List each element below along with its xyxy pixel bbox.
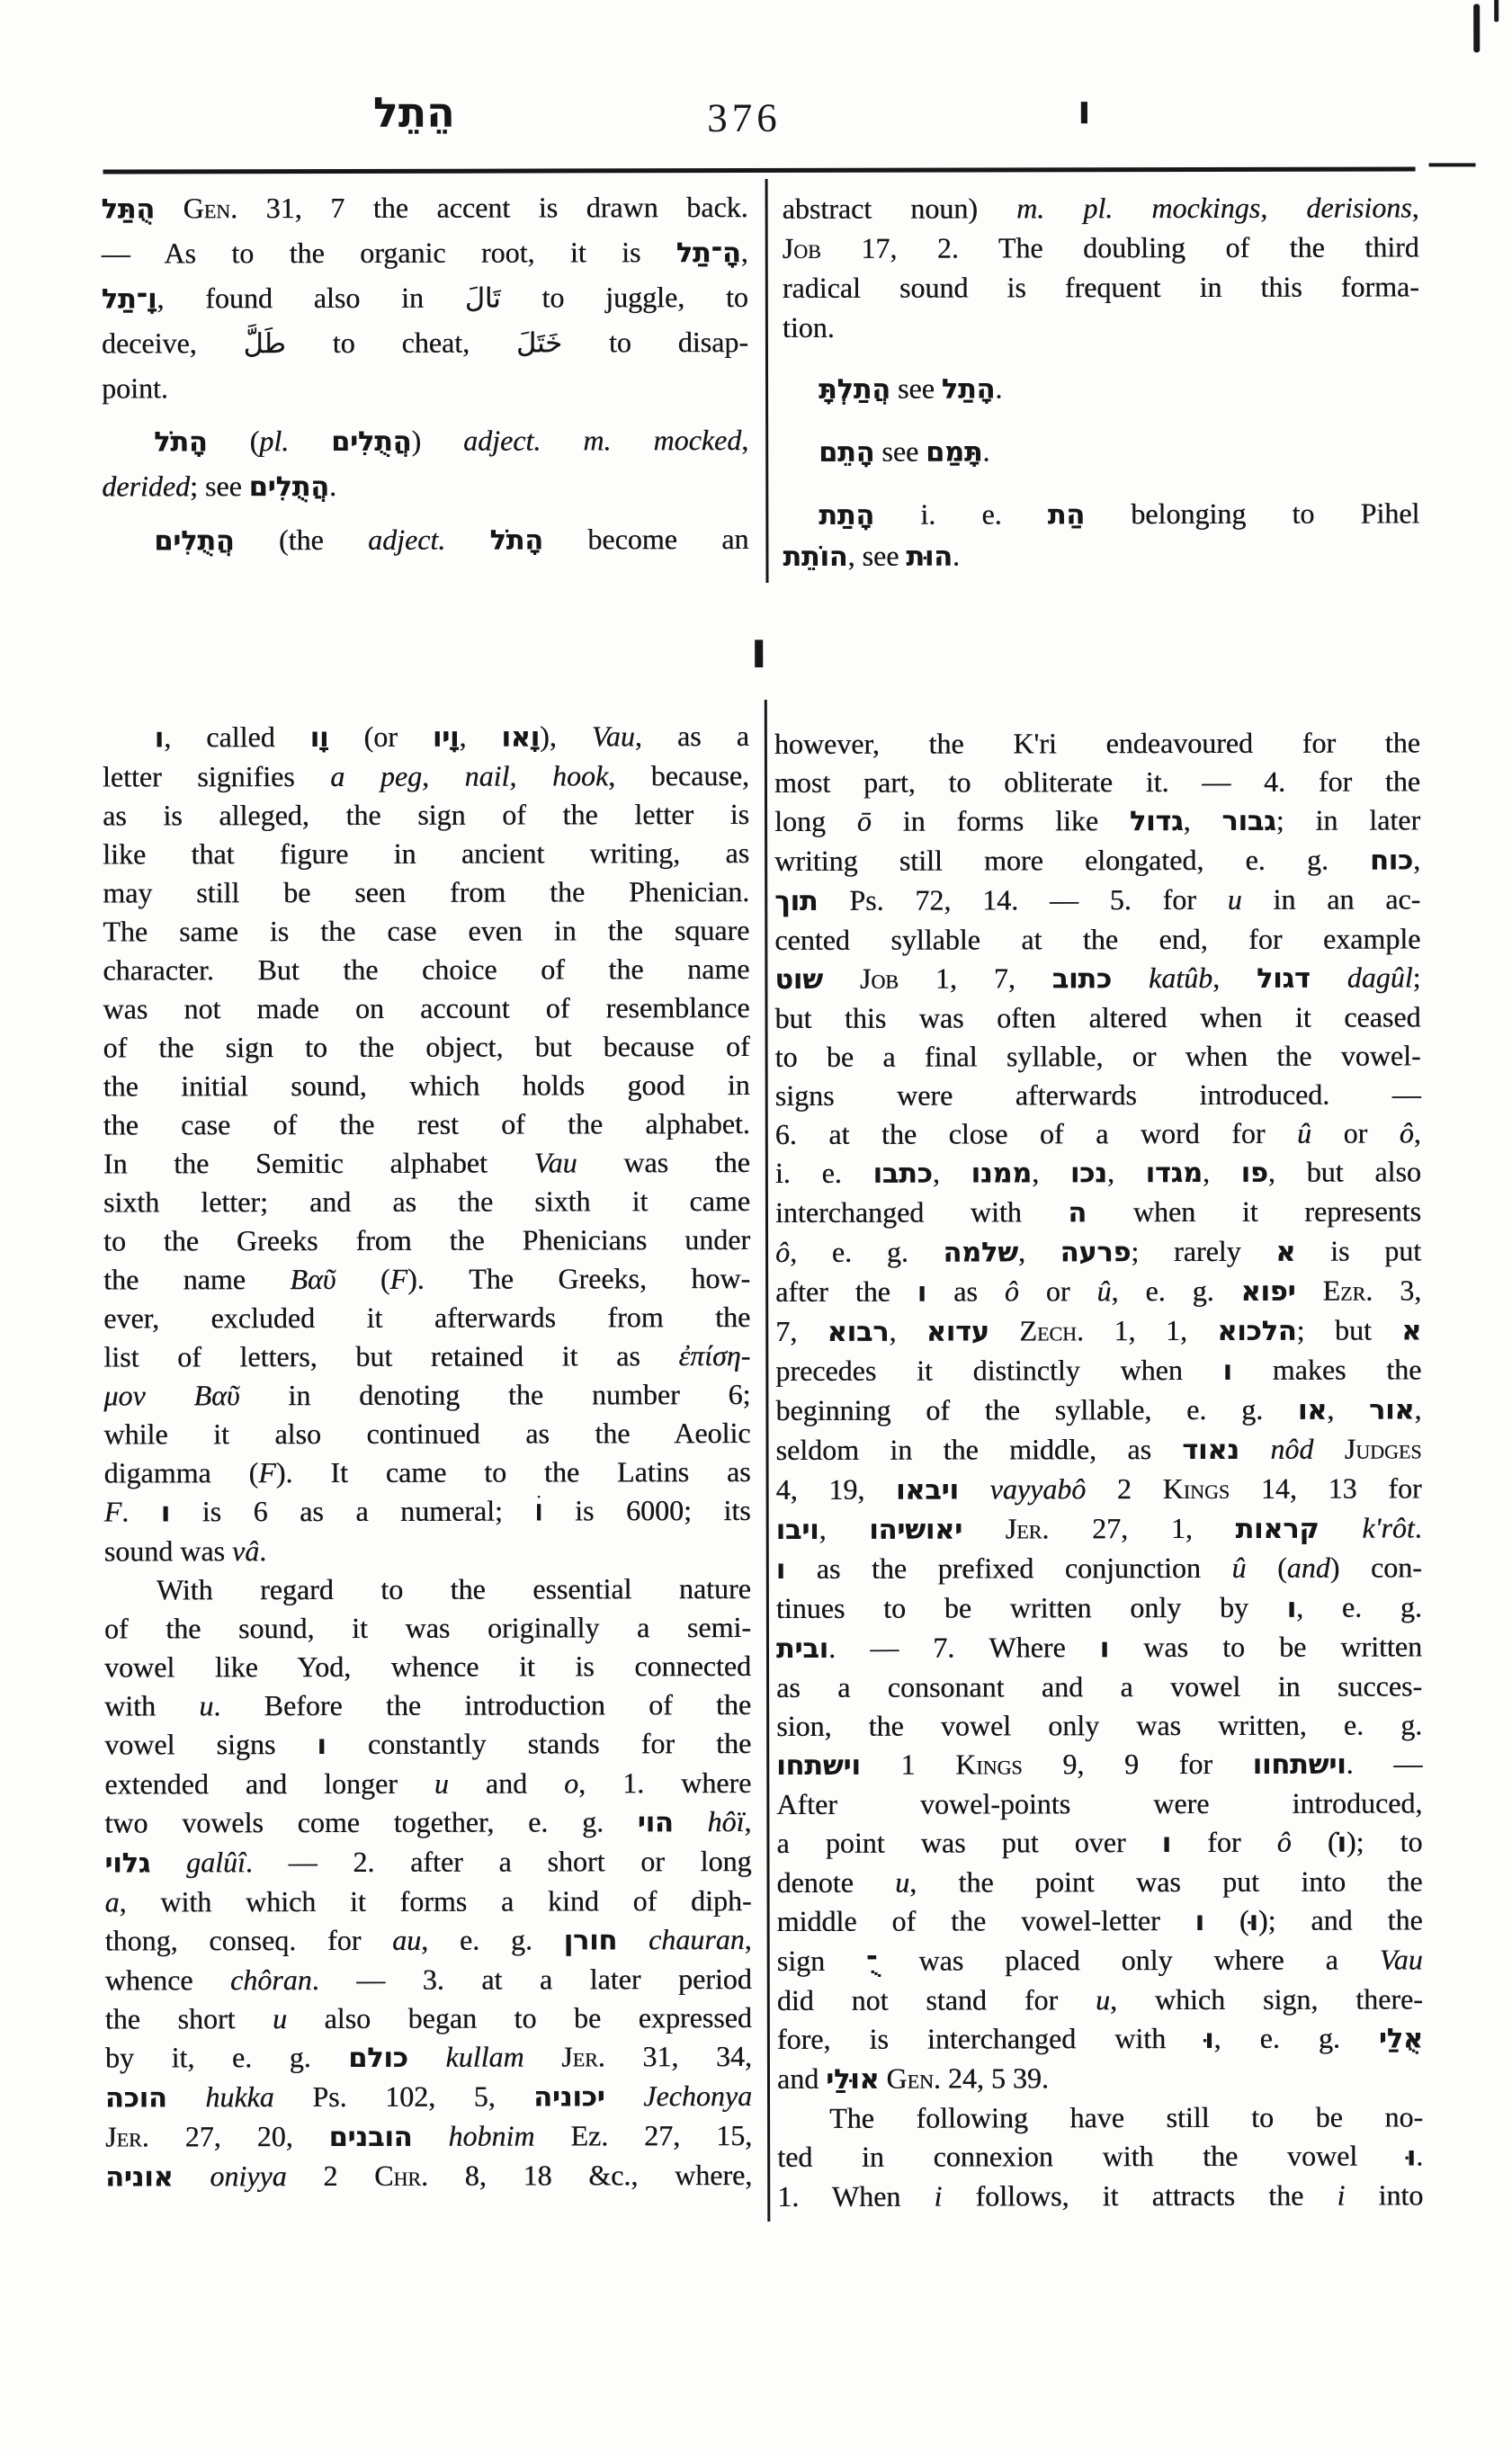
text-line: הֲתֻלִים (the adject. הָתֹל become an	[102, 517, 748, 564]
text-line: vowel like Yod, whence it is connected	[104, 1647, 751, 1687]
text-line: הָתַת i. e. הַת belonging to Pihel	[783, 493, 1419, 535]
text-line: אוניה oniyya 2 Chr. 8, 18 &c., where,	[105, 2156, 752, 2197]
text-line: שוט Job 1, 7, כתוב katûb, דגול dagûl;	[774, 958, 1420, 999]
text-line: extended and longer u and o, 1. where	[104, 1764, 751, 1804]
text-line: may still be seen from the Phenician.	[103, 872, 749, 913]
text-line: thong, conseq. for au, e. g. חורן chaura…	[105, 1920, 752, 1962]
text-line: i. e. כתבו, ממנו, נכו, מגדו, פו, but als…	[775, 1152, 1421, 1194]
top-left-column: הֻתַּל Gen. 31, 7 the accent is drawn ba…	[102, 185, 749, 564]
text-line: cented syllable at the end, for example	[774, 919, 1420, 960]
column-divider-top	[765, 179, 769, 583]
text-line: a, with which it forms a kind of diph-	[105, 1882, 752, 1922]
text-line: — As to the organic root, it is הָ־תַל,	[102, 230, 748, 277]
text-line: ever, excluded it afterwards from the	[103, 1298, 750, 1338]
text-line: as is alleged, the sign of the letter is	[103, 795, 749, 836]
text-line: fore, is interchanged with וּ, e. g. אֻל…	[777, 2018, 1423, 2060]
text-line: ו, called וָו (or וָיו, וָאו), Vau, as a	[103, 717, 749, 758]
text-line: abstract noun) m. pl. mockings, derision…	[783, 187, 1419, 228]
paragraph: however, the K'ri endeavoured for themos…	[774, 723, 1423, 2099]
text-line: by it, e. g. כולם kullam Jer. 31, 34,	[105, 2037, 752, 2079]
text-line: as a consonant and a vowel in succes-	[776, 1667, 1422, 1707]
paragraph: הָתֹל (pl. הֲתֻלִים) adject. m. mocked,d…	[102, 418, 748, 510]
text-line: tion.	[783, 306, 1419, 346]
text-line: Job 17, 2. The doubling of the third	[783, 227, 1419, 267]
text-line: 7, רבוא, עדוא Zech. 1, 1, הלכוא; but א	[775, 1310, 1421, 1352]
text-line: seldom in the middle, as נאוד nôd Judges	[775, 1429, 1421, 1471]
text-line: גלוי galûî. — 2. after a short or long	[104, 1842, 751, 1883]
text-line: the name Βαῦ (F). The Greeks, how-	[103, 1259, 750, 1300]
section-divider-letter-vau: ו	[732, 615, 786, 687]
text-line: With regard to the essential nature	[104, 1569, 751, 1610]
vau-article-right-column: however, the K'ri endeavoured for themos…	[774, 723, 1423, 2216]
text-line: long ō in forms like גדול, גבור; in late…	[774, 800, 1420, 842]
text-line: ô, e. g. שלמה, פרעה; rarely א is put	[775, 1231, 1421, 1273]
header-catchword-hebrew: הֵתֵל	[342, 85, 486, 139]
text-line: וָ־תַל, found also in تَالَ to juggle, t…	[102, 275, 748, 322]
paragraph: הֲתֻלִים (the adject. הָתֹל become an	[102, 517, 748, 564]
paragraph: abstract noun) m. pl. mockings, derision…	[783, 187, 1419, 346]
text-line: beginning of the syllable, e. g. או, אור…	[775, 1390, 1421, 1431]
text-line: point.	[102, 365, 748, 411]
scan-artifact	[1473, 4, 1480, 52]
paragraph: הָתֵם see תָּמַם.	[783, 430, 1419, 472]
text-line: like that figure in ancient writing, as	[103, 834, 749, 874]
text-line: הֻתַּל Gen. 31, 7 the accent is drawn ba…	[102, 185, 748, 232]
text-line: vowel signs ו constantly stands for the	[104, 1724, 751, 1766]
paragraph: הֲתַלְתָּ see הָתַל.	[783, 367, 1419, 409]
text-line: sion, the vowel only was written, e. g.	[776, 1705, 1422, 1746]
text-line: interchanged with ה when it represents	[775, 1192, 1421, 1233]
text-line: ויבו, יאושיהו Jer. 27, 1, קראות k'rôt.	[776, 1508, 1422, 1550]
text-line: list of letters, but retained it as ἐπίσ…	[103, 1337, 750, 1377]
text-line: character. But the choice of the name	[103, 950, 749, 990]
text-line: After vowel-points were introduced,	[776, 1784, 1422, 1824]
text-line: but this was often altered when it cease…	[774, 997, 1420, 1038]
text-line: ובית. — 7. Where ו was to be written	[776, 1627, 1422, 1668]
text-line: derided; see הֲתֻלִים.	[102, 463, 748, 510]
text-line: radical sound is frequent in this forma-	[783, 266, 1419, 307]
text-line: In the Semitic alphabet Vau was the	[103, 1143, 750, 1184]
page-scan: הֵתֵל 376 ו הֻתַּל Gen. 31, 7 the accent…	[0, 0, 1512, 2450]
text-line: הוֹתֵת, see הוּת.	[783, 534, 1419, 577]
paragraph: ו, called וָו (or וָיו, וָאו), Vau, as a…	[103, 717, 751, 1571]
text-line: was not made on account of resemblance	[103, 988, 749, 1029]
text-line: deceive, طَلَّ to cheat, خَتَلَ to disap…	[102, 320, 748, 367]
text-line: of the sign to the object, but because o…	[103, 1027, 750, 1068]
paragraph: With regard to the essential natureof th…	[104, 1569, 752, 2197]
dictionary-page: הֵתֵל 376 ו הֻתַּל Gen. 31, 7 the accent…	[0, 0, 1512, 2450]
vau-article-left-column: ו, called וָו (or וָיו, וָאו), Vau, as a…	[103, 717, 752, 2197]
text-line: sound was vâ.	[104, 1531, 751, 1571]
text-line: sign ־ֻ was placed only where a Vau	[777, 1940, 1423, 1981]
text-line: הָתֹל (pl. הֲתֻלִים) adject. m. mocked,	[102, 418, 748, 465]
text-line: the case of the rest of the alphabet.	[103, 1104, 750, 1145]
text-line: two vowels come together, e. g. הוי hôï,	[104, 1802, 751, 1844]
text-line: most part, to obliterate it. — 4. for th…	[774, 762, 1420, 802]
paragraph: הֻתַּל Gen. 31, 7 the accent is drawn ba…	[102, 185, 749, 411]
top-right-column: abstract noun) m. pl. mockings, derision…	[783, 187, 1420, 577]
text-line: הוכה hukka Ps. 102, 5, יכוניה Jechonya	[105, 2077, 752, 2118]
text-line: signs were afterwards introduced. —	[775, 1075, 1421, 1115]
text-line: with u. Before the introduction of the	[104, 1685, 751, 1726]
column-divider-bottom	[765, 700, 771, 2222]
text-line: did not stand for u, which sign, there-	[777, 1980, 1423, 2020]
text-line: after the ו as ô or û, e. g. יפוא Ezr. 3…	[775, 1271, 1421, 1312]
scan-artifact	[1494, 0, 1499, 22]
text-line: while it also continued as the Aeolic	[103, 1414, 750, 1454]
paragraph: הָתַת i. e. הַת belonging to Pihelהוֹתֵת…	[783, 493, 1419, 577]
text-line: הֲתַלְתָּ see הָתַל.	[783, 367, 1419, 409]
text-line: denote u, the point was put into the	[776, 1862, 1422, 1902]
text-line: F. ו is 6 as a numeral; וׄ is 6000; its	[104, 1491, 751, 1533]
text-line: tinues to be written only by ו, e. g.	[776, 1587, 1422, 1629]
text-line: however, the K'ri endeavoured for the	[774, 723, 1420, 764]
text-line: and אוּלַי Gen. 24, 5 39.	[777, 2058, 1423, 2099]
text-line: a point was put over ו for ô (וֹ); to	[776, 1822, 1422, 1864]
text-line: to the Greeks from the Phenicians under	[103, 1221, 750, 1261]
text-line: וישתחו 1 Kings 9, 9 for וישתחוו. —	[776, 1744, 1422, 1785]
text-line: precedes it distinctly when ו makes the	[775, 1350, 1421, 1391]
header-rule-fragment	[1429, 163, 1476, 166]
text-line: Jer. 27, 20, הובנים hobnim Ez. 27, 15,	[105, 2116, 752, 2158]
text-line: whence chôran. — 3. at a later period	[105, 1960, 752, 2000]
text-line: 1. When i follows, it attracts the i int…	[777, 2176, 1423, 2216]
text-line: of the sound, it was originally a semi-	[104, 1608, 751, 1649]
text-line: to be a final syllable, or when the vowe…	[775, 1036, 1421, 1077]
text-line: The following have still to be no-	[777, 2097, 1423, 2138]
text-line: μον Βαῦ in denoting the number 6;	[103, 1375, 750, 1416]
text-line: letter signifies a peg, nail, hook, beca…	[103, 756, 749, 797]
text-line: the short u also began to be expressed	[105, 1998, 752, 2039]
text-line: digamma (F). It came to the Latins as	[104, 1453, 751, 1493]
text-line: תוך Ps. 72, 14. — 5. for u in an ac-	[774, 880, 1420, 921]
text-line: The same is the case even in the square	[103, 911, 749, 952]
text-line: ו as the prefixed conjunction û (and) co…	[776, 1548, 1422, 1589]
text-line: ted in connexion with the vowel וּ.	[777, 2136, 1423, 2177]
paragraph: The following have still to be no-ted in…	[777, 2097, 1423, 2216]
text-line: writing still more elongated, e. g. כוח,	[774, 840, 1420, 881]
text-line: 4, 19, ויבאו vayyabô 2 Kings 14, 13 for	[776, 1469, 1422, 1510]
page-number: 376	[670, 94, 818, 142]
header-rule	[103, 166, 1416, 174]
text-line: 6. at the close of a word for û or ô,	[775, 1113, 1421, 1154]
text-line: middle of the vowel-letter ו (וּ); and t…	[777, 1900, 1423, 1942]
text-line: sixth letter; and as the sixth it came	[103, 1182, 750, 1222]
header-section-letter: ו	[1048, 84, 1120, 138]
text-line: the initial sound, which holds good in	[103, 1066, 750, 1106]
text-line: הָתֵם see תָּמַם.	[783, 430, 1419, 472]
